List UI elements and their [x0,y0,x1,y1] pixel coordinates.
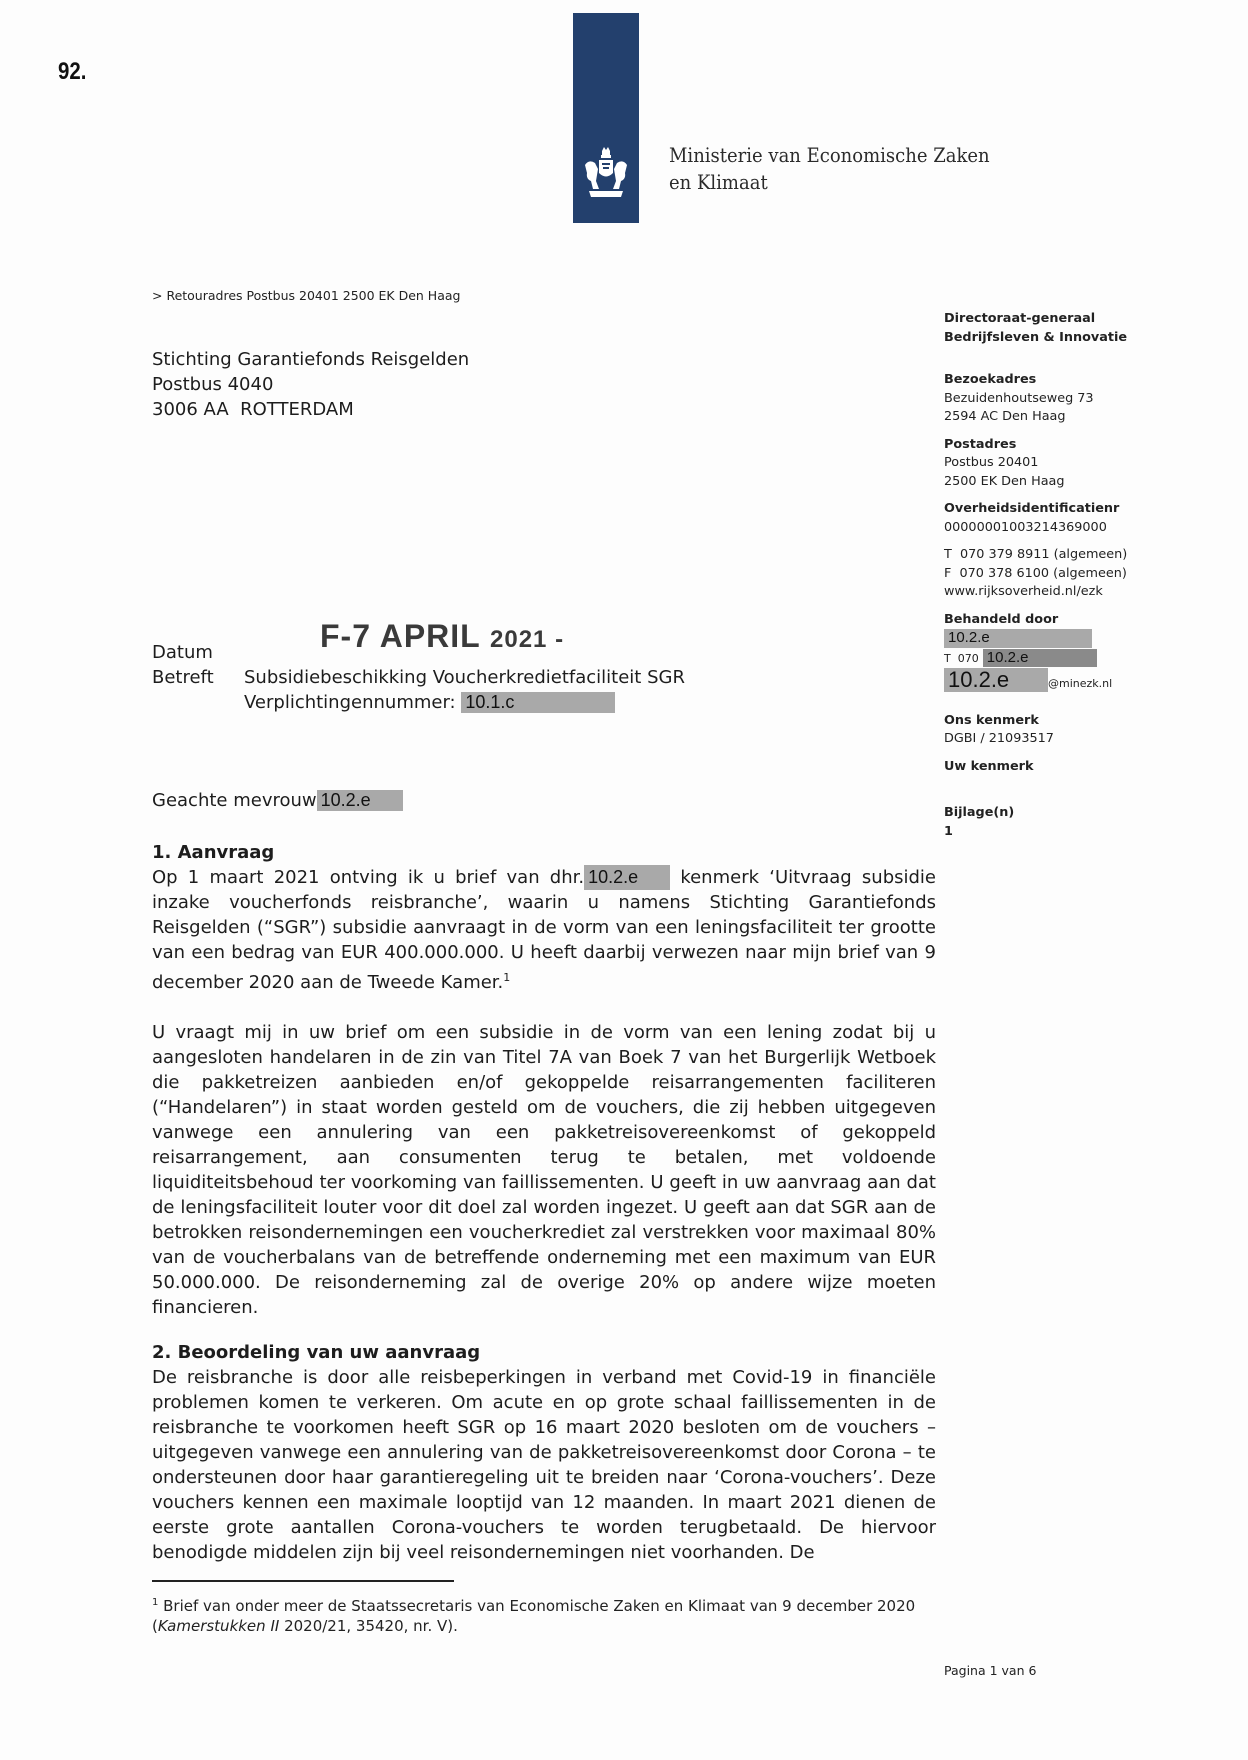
attachments-label: Bijlage(n) [944,804,1184,823]
handled-by: Behandeld door 10.2.e T 070 10.2.e 10.2.… [944,611,1184,694]
sender-sidebar: Directoraat-generaal Bedrijfsleven & Inn… [944,310,1184,850]
our-reference-label: Ons kenmerk [944,712,1184,731]
ministry-name-line2: en Klimaat [669,169,990,196]
section-beoordeling: 2. Beoordeling van uw aanvraag De reisbr… [152,1340,936,1565]
footnote-text-end: 2020/21, 35420, nr. V). [279,1617,458,1635]
paragraph-aanvraag-2: U vraagt mij in uw brief om een subsidie… [152,1020,936,1320]
government-id-value: 00000001003214369000 [944,519,1184,538]
salutation: Geachte mevrouw10.2.e [152,790,403,811]
handler-phone-prefix: T 070 [944,652,979,665]
visit-address: Bezoekadres Bezuidenhoutseweg 73 2594 AC… [944,371,1184,427]
document-number: 92. [58,58,86,86]
section-heading-aanvraag: 1. Aanvraag [152,840,936,865]
section-aanvraag: 1. Aanvraag Op 1 maart 2021 ontving ik u… [152,840,936,1320]
royal-coat-of-arms-icon [581,145,631,205]
redaction-salutation-name: 10.2.e [317,790,403,811]
recipient-name: Stichting Garantiefonds Reisgelden [152,347,469,372]
return-address: > Retouradres Postbus 20401 2500 EK Den … [152,288,460,303]
postal-address-line2: 2500 EK Den Haag [944,473,1184,492]
postal-address-line1: Postbus 20401 [944,454,1184,473]
subject-label: Betreft [152,667,214,688]
ministry-name: Ministerie van Economische Zaken en Klim… [669,142,990,196]
section-heading-beoordeling: 2. Beoordeling van uw aanvraag [152,1340,936,1365]
recipient-line3: 3006 AA ROTTERDAM [152,397,469,422]
footnote: 1 Brief van onder meer de Staatssecretar… [152,1593,952,1636]
general-contact: T 070 379 8911 (algemeen) F 070 378 6100… [944,546,1184,602]
ministry-logo [573,13,639,223]
visit-address-line2: 2594 AC Den Haag [944,408,1184,427]
salutation-text: Geachte mevrouw [152,790,317,811]
subject-value: Subsidiebeschikking Voucherkredietfacili… [244,667,685,688]
directorate-line1: Directoraat-generaal [944,310,1184,329]
government-id: Overheidsidentificatienr 000000010032143… [944,500,1184,537]
postal-address: Postadres Postbus 20401 2500 EK Den Haag [944,436,1184,492]
redaction-handler-name: 10.2.e [944,629,1092,648]
date-stamp: F-7 APRIL 2021 - [320,618,564,655]
redaction-handler-email: 10.2.e [944,668,1048,692]
paragraph-beoordeling-1: De reisbranche is door alle reisbeperkin… [152,1365,936,1565]
date-stamp-year: 2021 - [490,626,564,653]
your-reference: Uw kenmerk [944,758,1184,777]
footnote-reference[interactable]: 1 [503,971,510,984]
your-reference-label: Uw kenmerk [944,758,1184,777]
recipient-line2: Postbus 4040 [152,372,469,397]
redaction-sender-name: 10.2.e [584,865,670,890]
government-id-label: Overheidsidentificatienr [944,500,1184,519]
our-reference-value: DGBI / 21093517 [944,730,1184,749]
date-stamp-day-month: F-7 APRIL [320,618,480,654]
general-fax: F 070 378 6100 (algemeen) [944,565,1184,584]
redaction-commitment: 10.1.c [461,692,615,713]
recipient-address: Stichting Garantiefonds Reisgelden Postb… [152,347,469,422]
page-indicator: Pagina 1 van 6 [944,1663,1036,1678]
directorate-line2: Bedrijfsleven & Innovatie [944,329,1184,348]
commitment-label: Verplichtingennummer: [244,692,456,713]
handled-by-label: Behandeld door [944,611,1184,630]
postal-address-label: Postadres [944,436,1184,455]
handler-email-domain: @minezk.nl [1048,677,1112,690]
commitment-number: Verplichtingennummer: 10.1.c [244,692,615,713]
paragraph-text: Op 1 maart 2021 ontving ik u brief van d… [152,867,584,888]
website-link[interactable]: www.rijksoverheid.nl/ezk [944,583,1184,602]
redaction-handler-phone: 10.2.e [983,649,1097,668]
visit-address-label: Bezoekadres [944,371,1184,390]
visit-address-line1: Bezuidenhoutseweg 73 [944,390,1184,409]
directorate: Directoraat-generaal Bedrijfsleven & Inn… [944,310,1184,347]
ministry-name-line1: Ministerie van Economische Zaken [669,142,990,169]
attachments-count: 1 [944,823,1184,842]
footnote-citation: Kamerstukken II [158,1617,279,1635]
paragraph-aanvraag-1: Op 1 maart 2021 ontving ik u brief van d… [152,865,936,995]
general-phone: T 070 379 8911 (algemeen) [944,546,1184,565]
footnote-divider [152,1580,454,1582]
attachments: Bijlage(n) 1 [944,804,1184,841]
date-label: Datum [152,642,213,663]
our-reference: Ons kenmerk DGBI / 21093517 [944,712,1184,749]
